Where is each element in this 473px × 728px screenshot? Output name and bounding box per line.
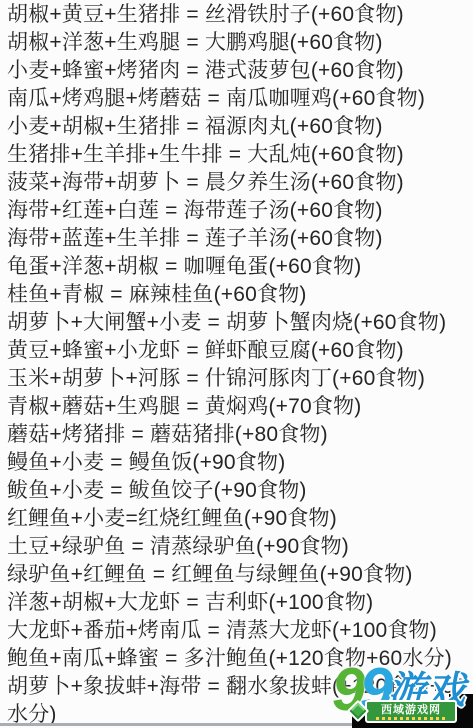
recipe-line: 胡椒+洋葱+生鸡腿 = 大鹏鸡腿(+60食物)	[7, 29, 473, 57]
recipe-line: 大龙虾+番茄+烤南瓜 = 清蒸大龙虾(+100食物)	[7, 617, 473, 645]
recipe-line: 海带+红莲+白莲 = 海带莲子汤(+60食物)	[7, 197, 473, 225]
banner-text: 西域游戏网	[381, 704, 441, 716]
bottom-divider-line	[0, 723, 362, 726]
recipe-line: 鲅鱼+小麦 = 鲅鱼饺子(+90食物)	[7, 477, 473, 505]
recipe-line: 小麦+胡椒+生猪排 = 福源肉丸(+60食物)	[7, 113, 473, 141]
recipe-line: 土豆+绿驴鱼 = 清蒸绿驴鱼(+90食物)	[7, 533, 473, 561]
recipe-line: 青椒+蘑菇+生鸡腿 = 黄焖鸡(+70食物)	[7, 393, 473, 421]
recipe-line: 南瓜+烤鸡腿+烤蘑菇 = 南瓜咖喱鸡(+60食物)	[7, 85, 473, 113]
site-banner: 西域游戏网	[365, 700, 457, 723]
recipe-line: 胡萝卜+大闸蟹+小麦 = 胡萝卜蟹肉烧(+60食物)	[7, 309, 473, 337]
recipe-line: 小麦+蜂蜜+烤猪肉 = 港式菠萝包(+60食物)	[7, 57, 473, 85]
recipe-line: 红鲤鱼+小麦=红烧红鲤鱼(+90食物)	[7, 505, 473, 533]
recipe-line: 玉米+胡萝卜+河豚 = 什锦河豚肉丁(+60食物)	[7, 365, 473, 393]
recipe-line: 鳗鱼+小麦 = 鳗鱼饭(+90食物)	[7, 449, 473, 477]
recipe-line: 洋葱+胡椒+大龙虾 = 吉利虾(+100食物)	[7, 589, 473, 617]
recipe-line: 鲍鱼+南瓜+蜂蜜 = 多汁鲍鱼(+120食物+60水分)	[7, 645, 473, 673]
recipe-list: 胡椒+黄豆+生猪排 = 丝滑铁肘子(+60食物) 胡椒+洋葱+生鸡腿 = 大鹏鸡…	[7, 1, 473, 728]
recipe-line: 龟蛋+洋葱+胡椒 = 咖喱龟蛋(+60食物)	[7, 253, 473, 281]
recipe-line: 菠菜+海带+胡萝卜 = 晨夕养生汤(+60食物)	[7, 169, 473, 197]
recipe-line: 海带+蓝莲+生羊排 = 莲子羊汤(+60食物)	[7, 225, 473, 253]
banner-subtext-strip	[376, 717, 446, 720]
recipe-line: 绿驴鱼+红鲤鱼 = 红鲤鱼与绿鲤鱼(+90食物)	[7, 561, 473, 589]
recipe-line: 桂鱼+青椒 = 麻辣桂鱼(+60食物)	[7, 281, 473, 309]
recipe-line: 生猪排+生羊排+生牛排 = 大乱炖(+60食物)	[7, 141, 473, 169]
recipe-line: 黄豆+蜂蜜+小龙虾 = 鲜虾酿豆腐(+60食物)	[7, 337, 473, 365]
recipe-line: 胡椒+黄豆+生猪排 = 丝滑铁肘子(+60食物)	[7, 1, 473, 29]
recipe-line: 蘑菇+烤猪排 = 蘑菇猪排(+80食物)	[7, 421, 473, 449]
